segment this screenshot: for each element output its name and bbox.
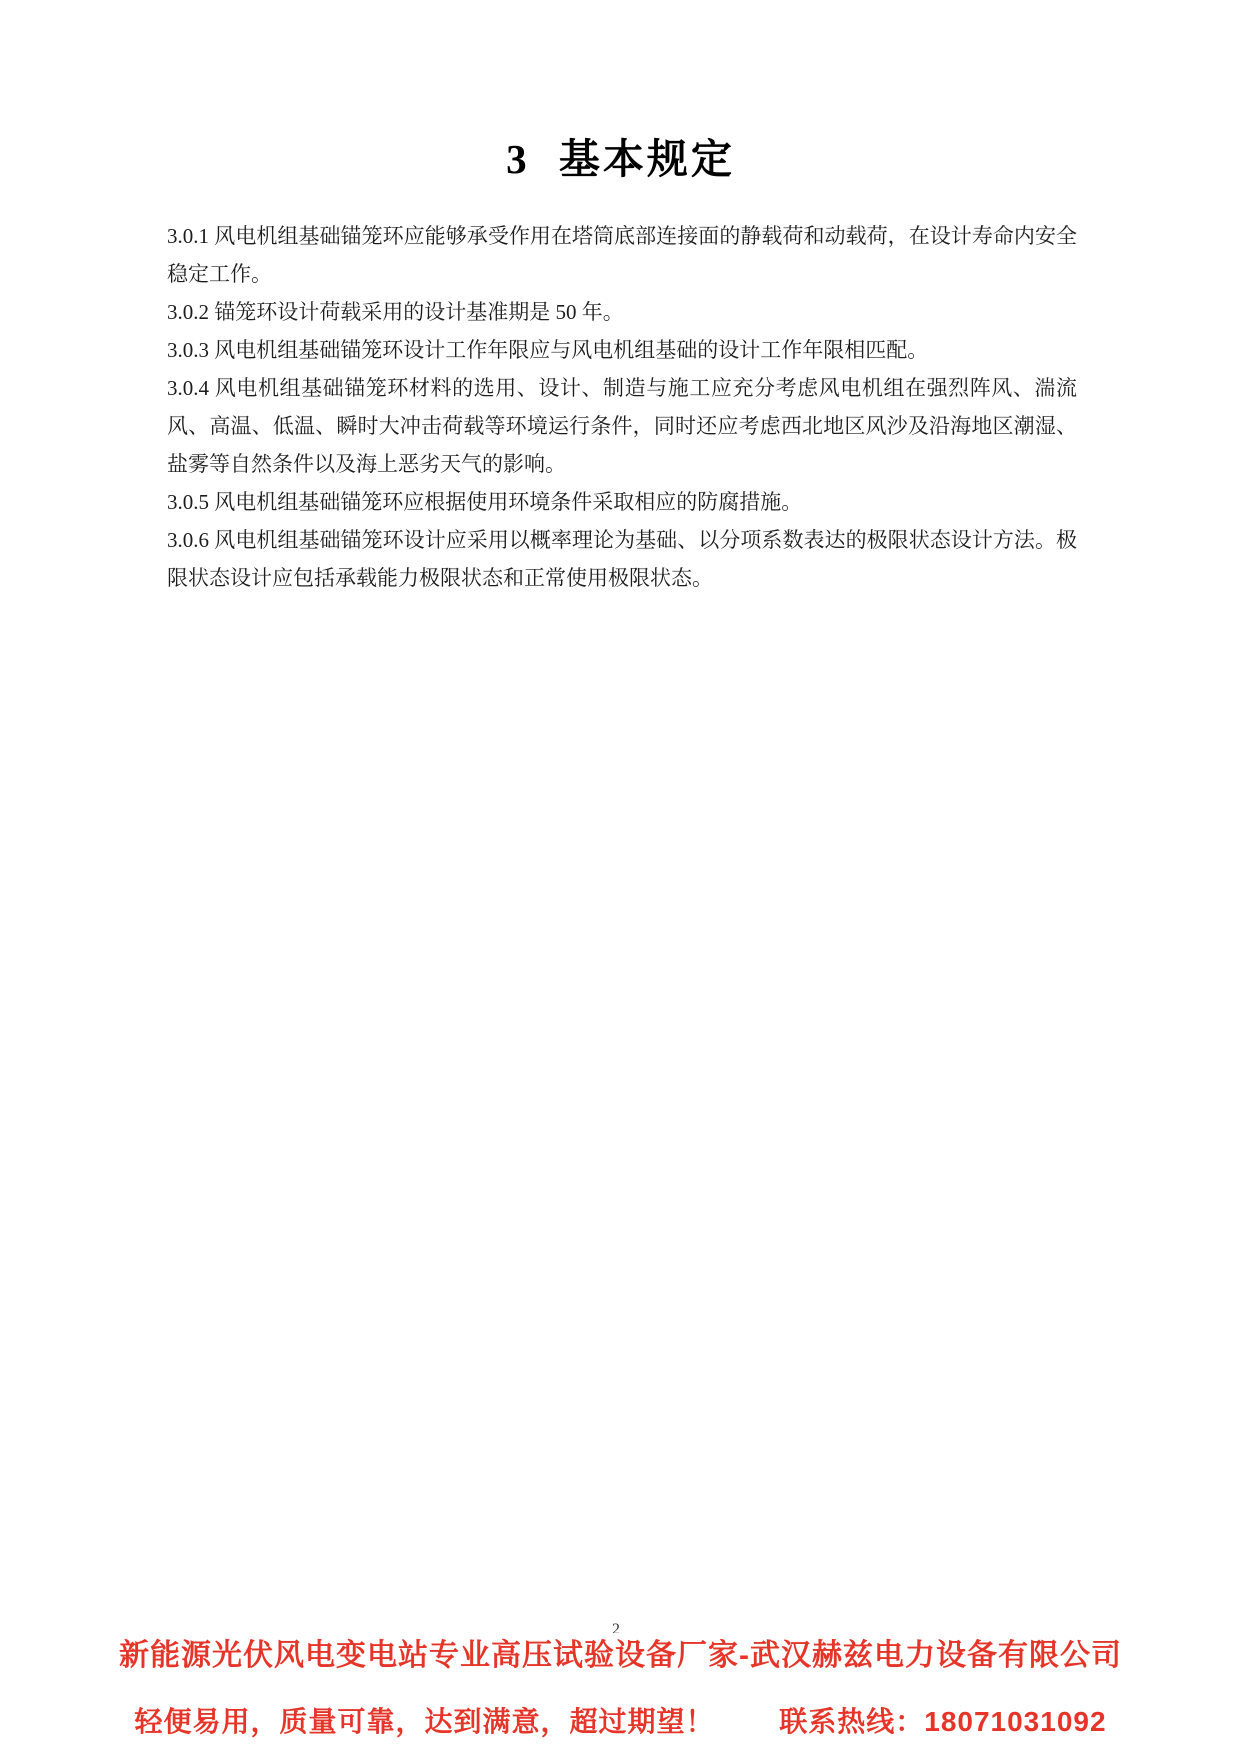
document-page: 3 基本规定 3.0.1 风电机组基础锚笼环应能够承受作用在塔筒底部连接面的静载… (0, 0, 1241, 1754)
vendor-slogan: 轻便易用，质量可靠，达到满意，超过期望！ (134, 1706, 714, 1737)
paragraph-3-0-1: 3.0.1 风电机组基础锚笼环应能够承受作用在塔筒底部连接面的静载荷和动载荷，在… (167, 217, 1077, 293)
vendor-hotline: 联系热线：18071031092 (779, 1706, 1106, 1737)
document-body: 3.0.1 风电机组基础锚笼环应能够承受作用在塔筒底部连接面的静载荷和动载荷，在… (167, 217, 1077, 597)
paragraph-3-0-3: 3.0.3 风电机组基础锚笼环设计工作年限应与风电机组基础的设计工作年限相匹配。 (167, 331, 1077, 369)
vendor-contact-line: 轻便易用，质量可靠，达到满意，超过期望！ 联系热线：18071031092 (0, 1700, 1241, 1740)
paragraph-3-0-2: 3.0.2 锚笼环设计荷载采用的设计基准期是 50 年。 (167, 293, 1077, 331)
paragraph-3-0-6: 3.0.6 风电机组基础锚笼环设计应采用以概率理论为基础、以分项系数表达的极限状… (167, 521, 1077, 597)
vendor-company-name: 新能源光伏风电变电站专业高压试验设备厂家-武汉赫兹电力设备有限公司 (0, 1630, 1241, 1674)
paragraph-3-0-4: 3.0.4 风电机组基础锚笼环材料的选用、设计、制造与施工应充分考虑风电机组在强… (167, 369, 1077, 483)
vendor-footer: 新能源光伏风电变电站专业高压试验设备厂家-武汉赫兹电力设备有限公司 轻便易用，质… (0, 1630, 1241, 1740)
paragraph-3-0-5: 3.0.5 风电机组基础锚笼环应根据使用环境条件采取相应的防腐措施。 (167, 483, 1077, 521)
page-title: 3 基本规定 (0, 0, 1241, 185)
